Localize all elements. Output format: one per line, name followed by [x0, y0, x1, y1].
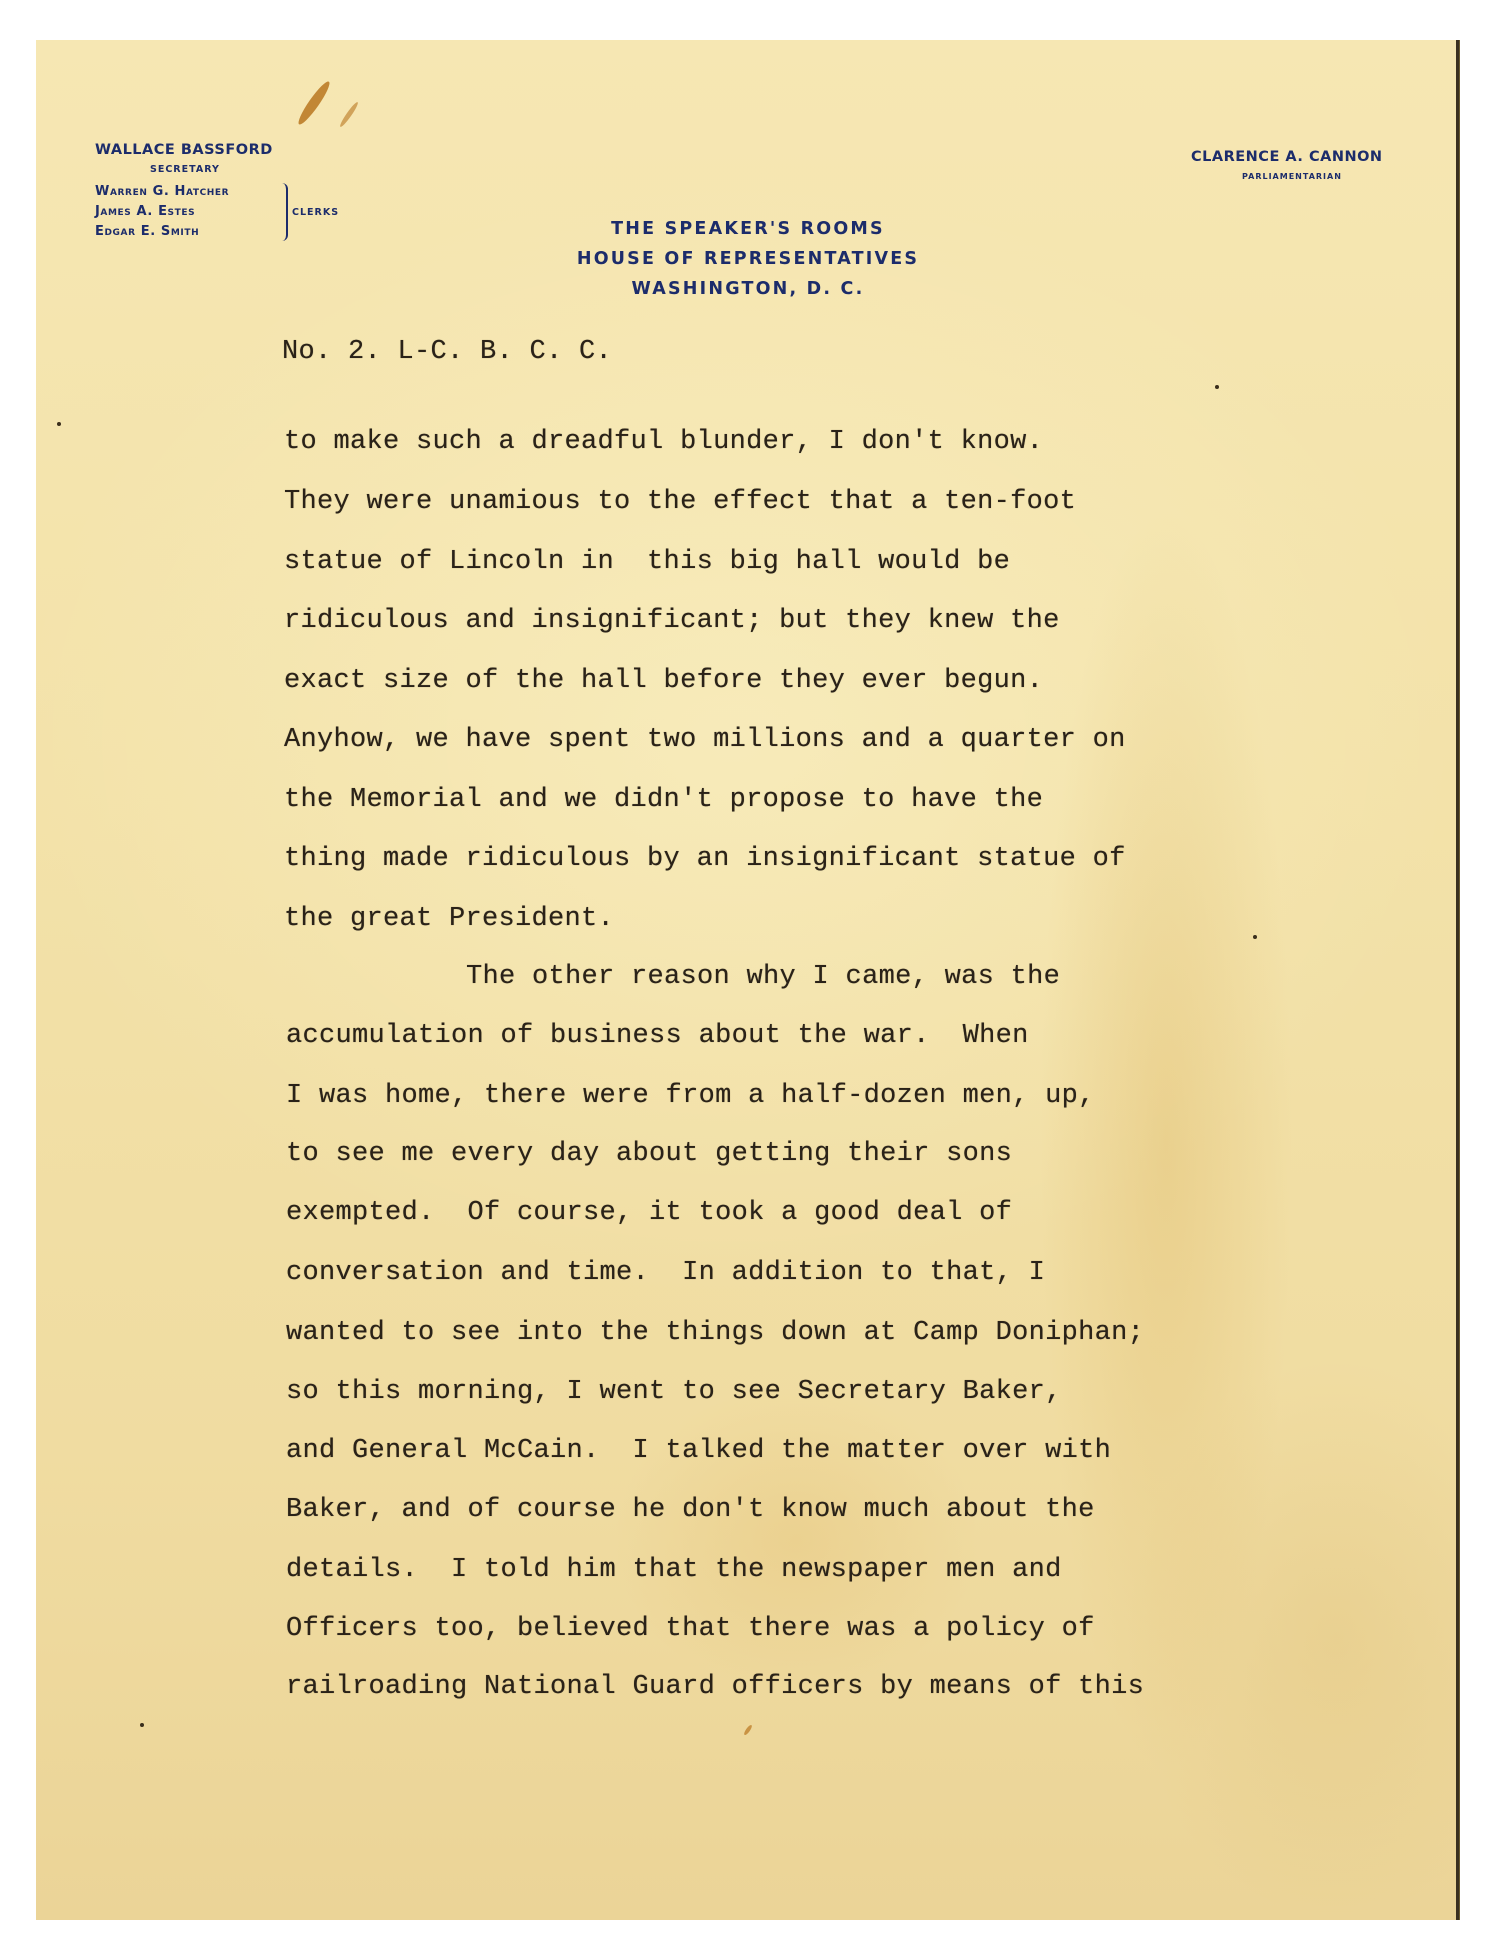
- body-line: the great President.: [284, 904, 614, 934]
- letterhead-house: HOUSE OF REPRESENTATIVES: [0, 249, 1498, 269]
- letterhead-city: WASHINGTON, D. C.: [0, 279, 1498, 299]
- body-line: statue of Lincoln in this big hall would…: [284, 547, 1010, 577]
- body-line: details. I told him that the newspaper m…: [286, 1555, 1062, 1585]
- body-line: Anyhow, we have spent two millions and a…: [284, 725, 1126, 755]
- letterhead-office: THE SPEAKER'S ROOMS: [0, 219, 1498, 239]
- body-line: They were unamious to the effect that a …: [284, 487, 1076, 517]
- body-line: the Memorial and we didn't propose to ha…: [284, 785, 1043, 815]
- paper-speck: [1253, 935, 1257, 939]
- body-line: ridiculous and insignificant; but they k…: [284, 606, 1060, 636]
- body-line: to see me every day about getting their …: [286, 1139, 1012, 1169]
- body-line: so this morning, I went to see Secretary…: [286, 1377, 1062, 1407]
- secretary-title: SECRETARY: [150, 164, 220, 175]
- body-line: I was home, there were from a half-dozen…: [286, 1081, 1095, 1111]
- clerk-name: Warren G. Hatcher: [95, 184, 229, 199]
- body-line: thing made ridiculous by an insignifican…: [284, 844, 1126, 874]
- page-reference: No. 2. L-C. B. C. C.: [282, 337, 612, 367]
- body-line: wanted to see into the things down at Ca…: [286, 1318, 1144, 1348]
- body-line: Baker, and of course he don't know much …: [286, 1495, 1095, 1525]
- body-line: accumulation of business about the war. …: [286, 1021, 1029, 1051]
- body-line: and General McCain. I talked the matter …: [286, 1436, 1111, 1466]
- body-line: exact size of the hall before they ever …: [284, 666, 1043, 696]
- parliamentarian-title: PARLIAMENTARIAN: [1242, 172, 1342, 181]
- body-line: to make such a dreadful blunder, I don't…: [284, 427, 1043, 457]
- paper-speck: [140, 1723, 144, 1727]
- body-line: Officers too, believed that there was a …: [286, 1614, 1095, 1644]
- paper-speck: [57, 422, 61, 426]
- secretary-name: WALLACE BASSFORD: [95, 142, 273, 158]
- paragraph-start-line: The other reason why I came, was the: [466, 962, 1060, 992]
- clerk-name: James A. Estes: [95, 204, 195, 219]
- body-line: conversation and time. In addition to th…: [286, 1258, 1045, 1288]
- paper-speck: [1215, 385, 1219, 389]
- body-line: exempted. Of course, it took a good deal…: [286, 1198, 1012, 1228]
- body-line: railroading National Guard officers by m…: [286, 1672, 1144, 1702]
- parliamentarian-name: CLARENCE A. CANNON: [1191, 149, 1383, 165]
- clerks-label: CLERKS: [292, 207, 339, 218]
